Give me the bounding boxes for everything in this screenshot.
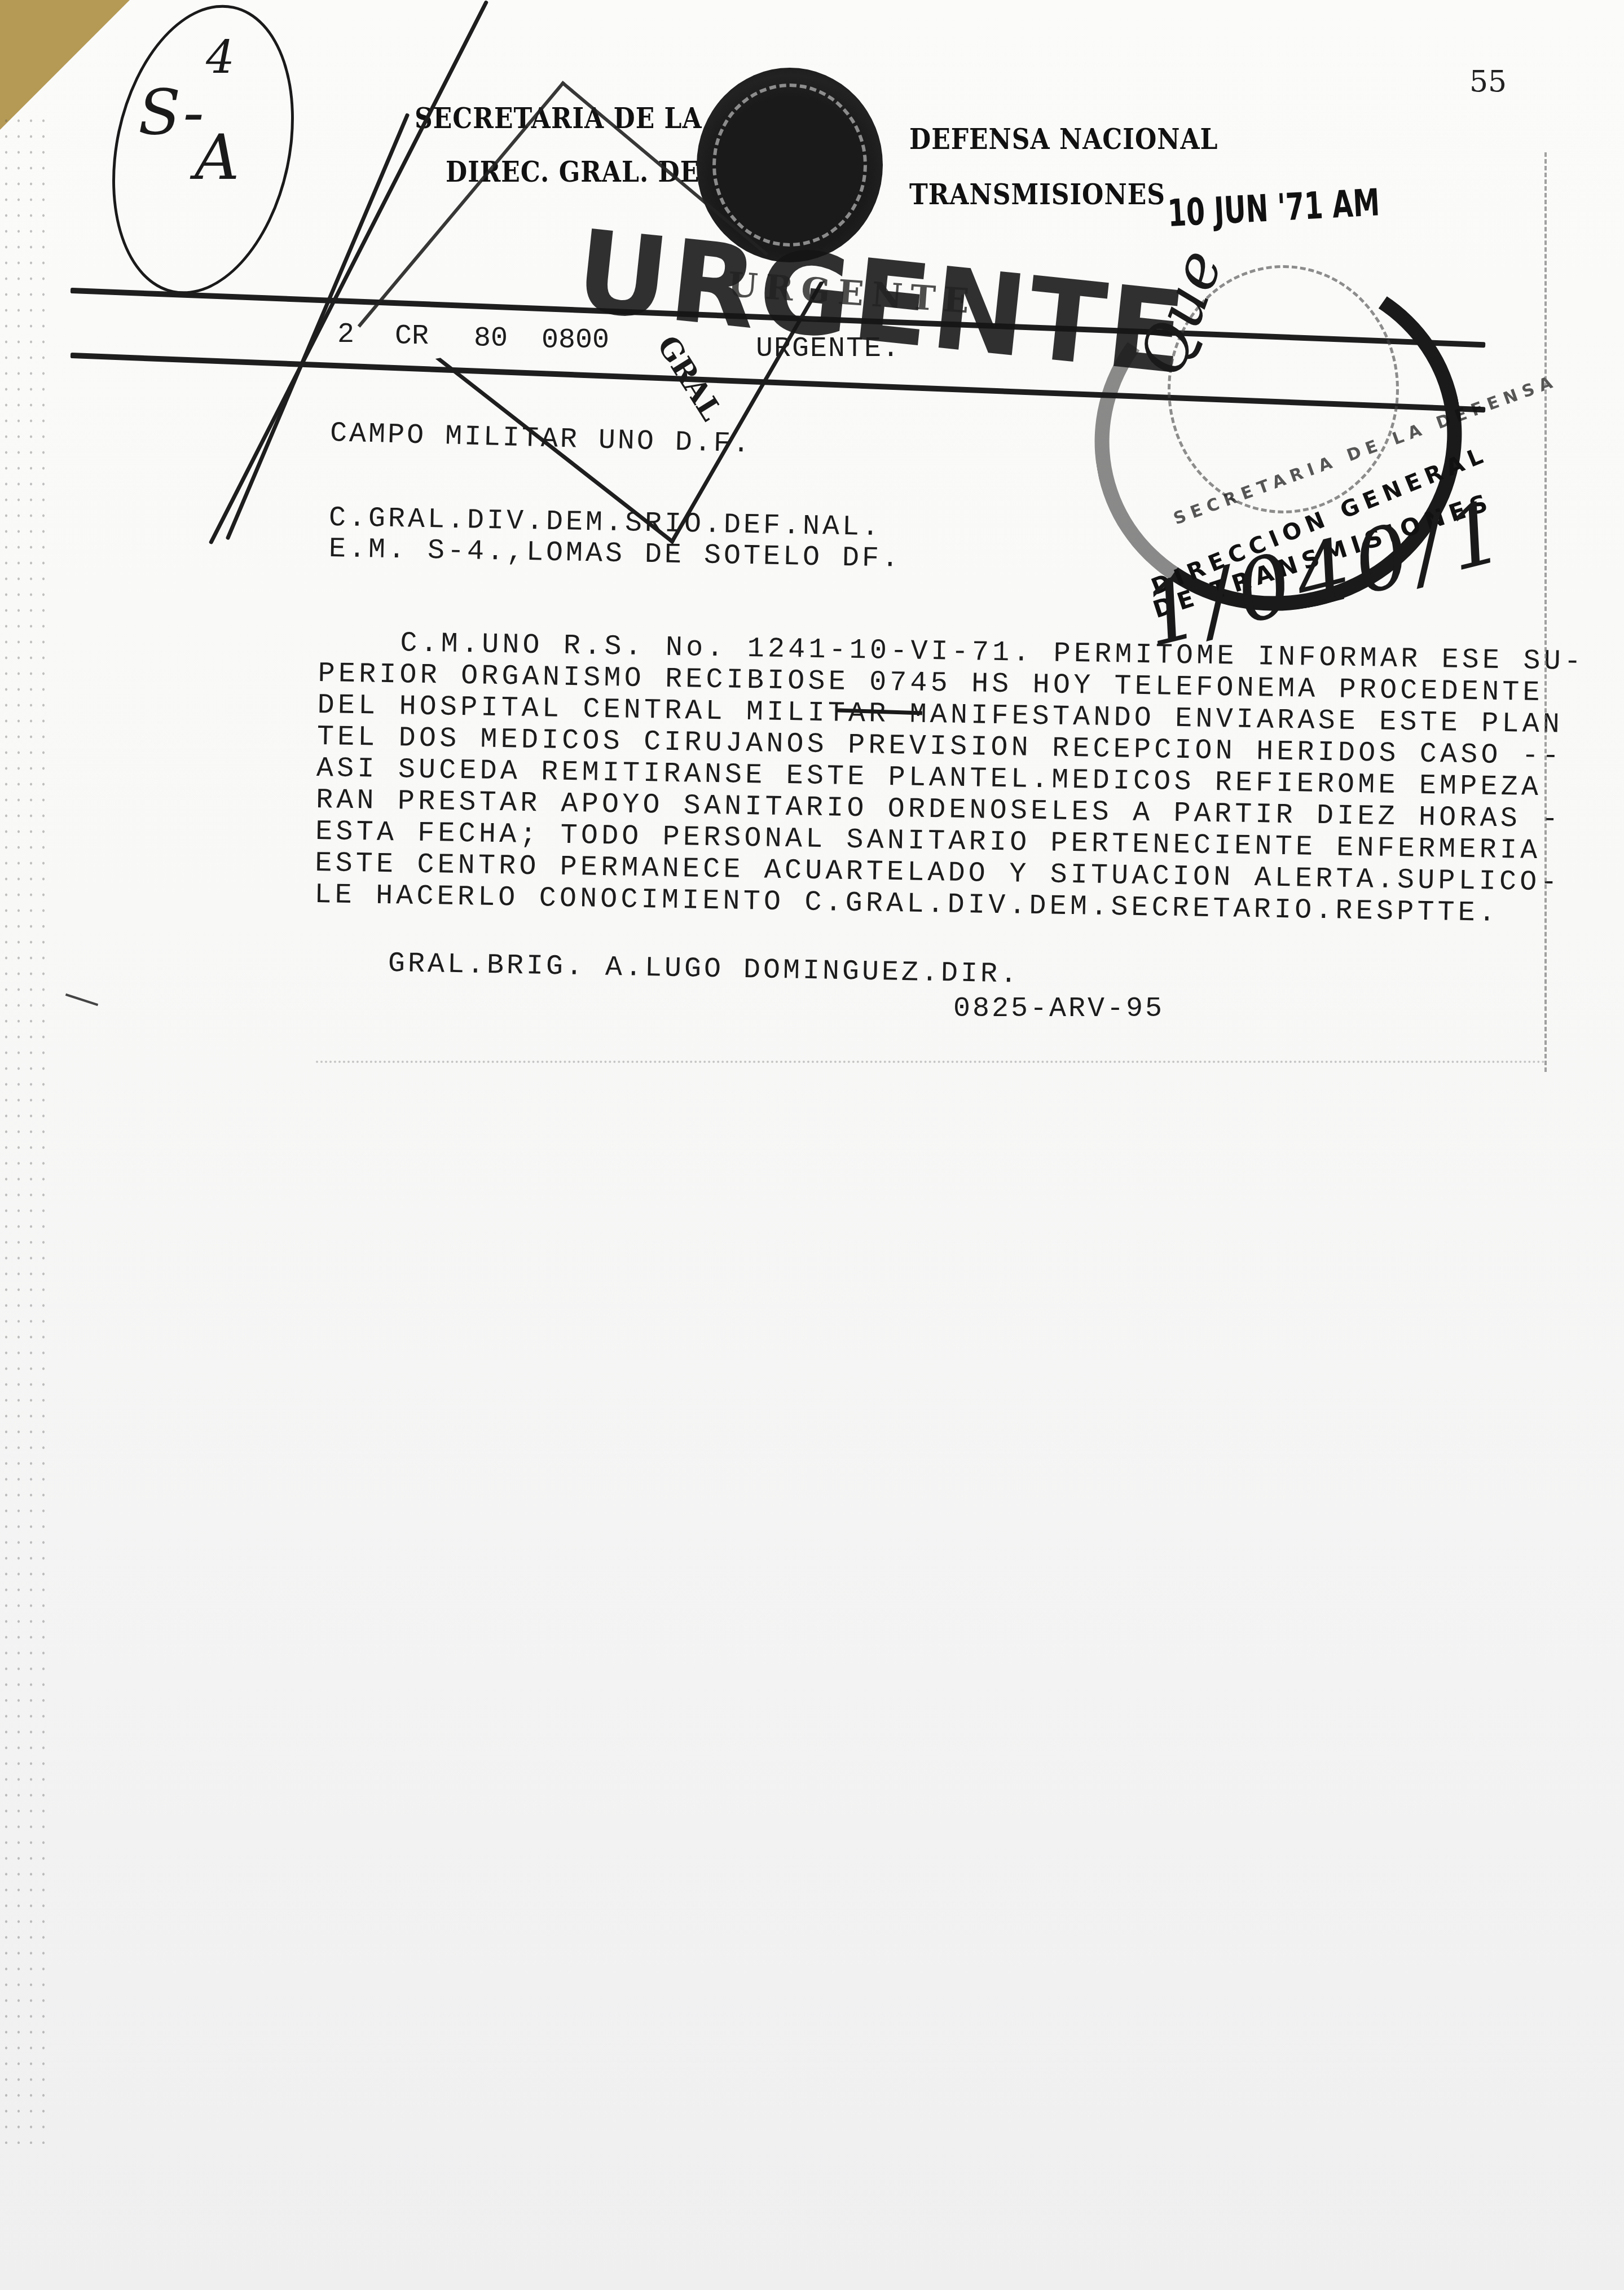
priority-label: URGENTE. — [756, 333, 900, 365]
handwritten-mark-a: A — [195, 121, 239, 194]
message-number: 2 — [337, 319, 354, 351]
handwritten-mark-4: 4 — [206, 31, 235, 83]
page-number: 55 — [1469, 65, 1507, 99]
message-time: 0800 — [542, 324, 609, 357]
form-border-right — [1544, 152, 1547, 1072]
message-type: CR — [395, 320, 429, 353]
table-surface — [0, 0, 130, 130]
message-body: C.M.UNO R.S. No. 1241-10-VI-71. PERMITOM… — [314, 626, 1585, 930]
word-count: 80 — [474, 323, 508, 355]
photocopy-edge-speckle — [0, 113, 45, 2144]
letterhead-transmisiones: TRANSMISIONES — [909, 178, 1165, 212]
form-border-bottom — [316, 1061, 1546, 1063]
reference-code: 0825-ARV-95 — [953, 993, 1164, 1025]
letterhead-defensa-nacional: DEFENSA NACIONAL — [909, 123, 1218, 156]
